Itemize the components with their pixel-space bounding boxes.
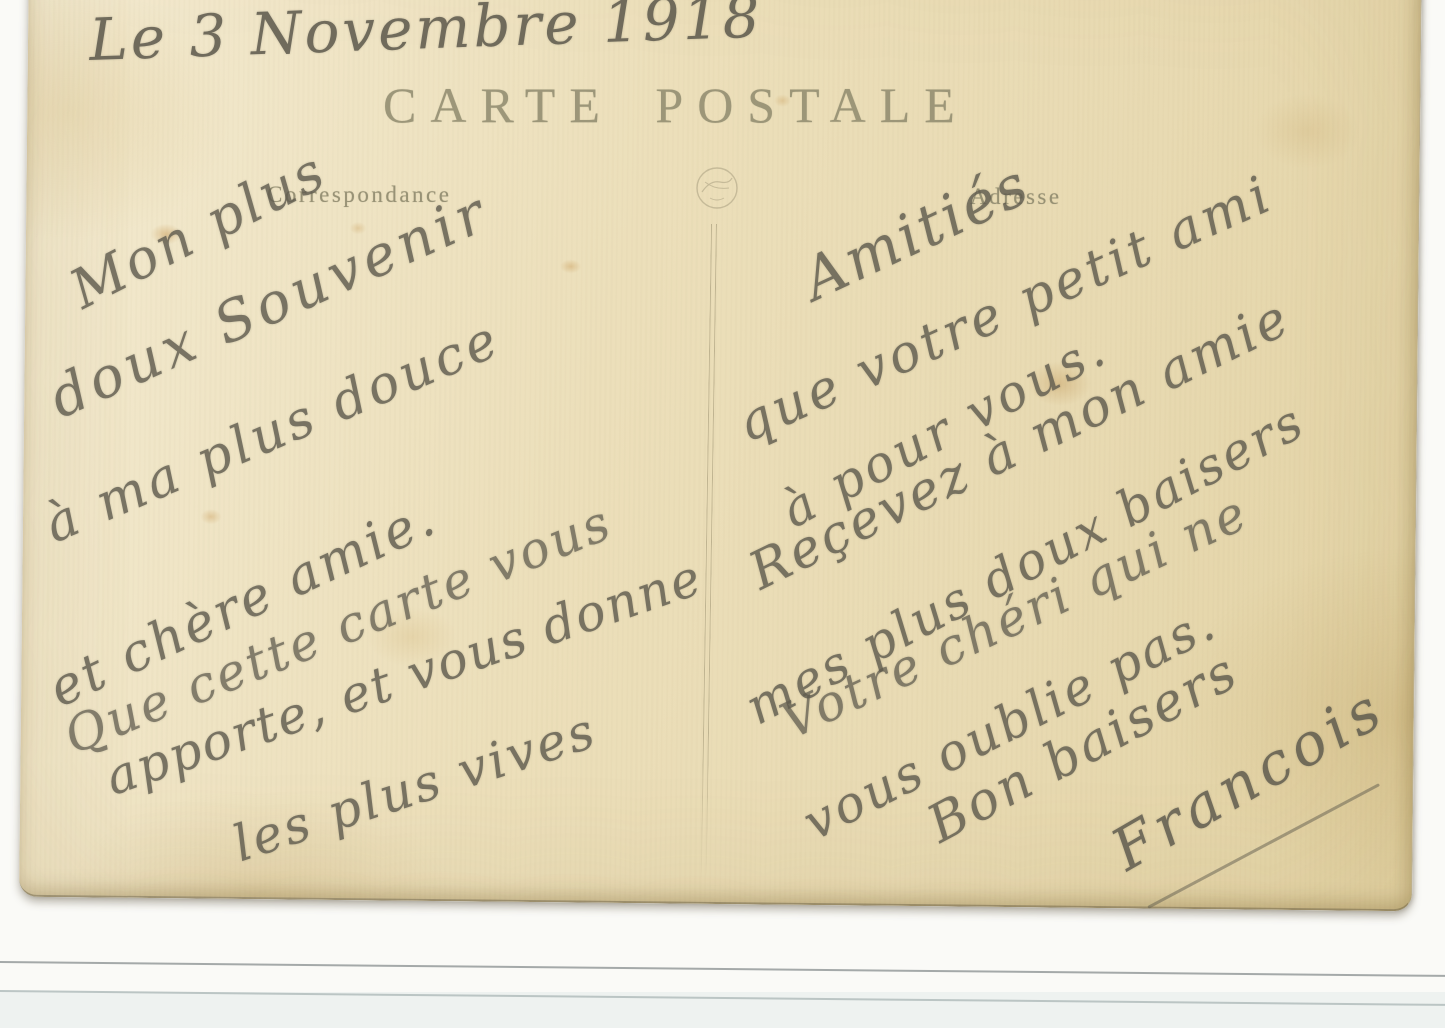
postcard-title: CARTE POSTALE: [383, 76, 969, 134]
scanned-postcard-scene: CARTE POSTALE Correspondance Adresse Le …: [0, 0, 1445, 1028]
divider-emblem-icon: [690, 162, 744, 220]
scan-artifact-line: [0, 961, 1445, 977]
